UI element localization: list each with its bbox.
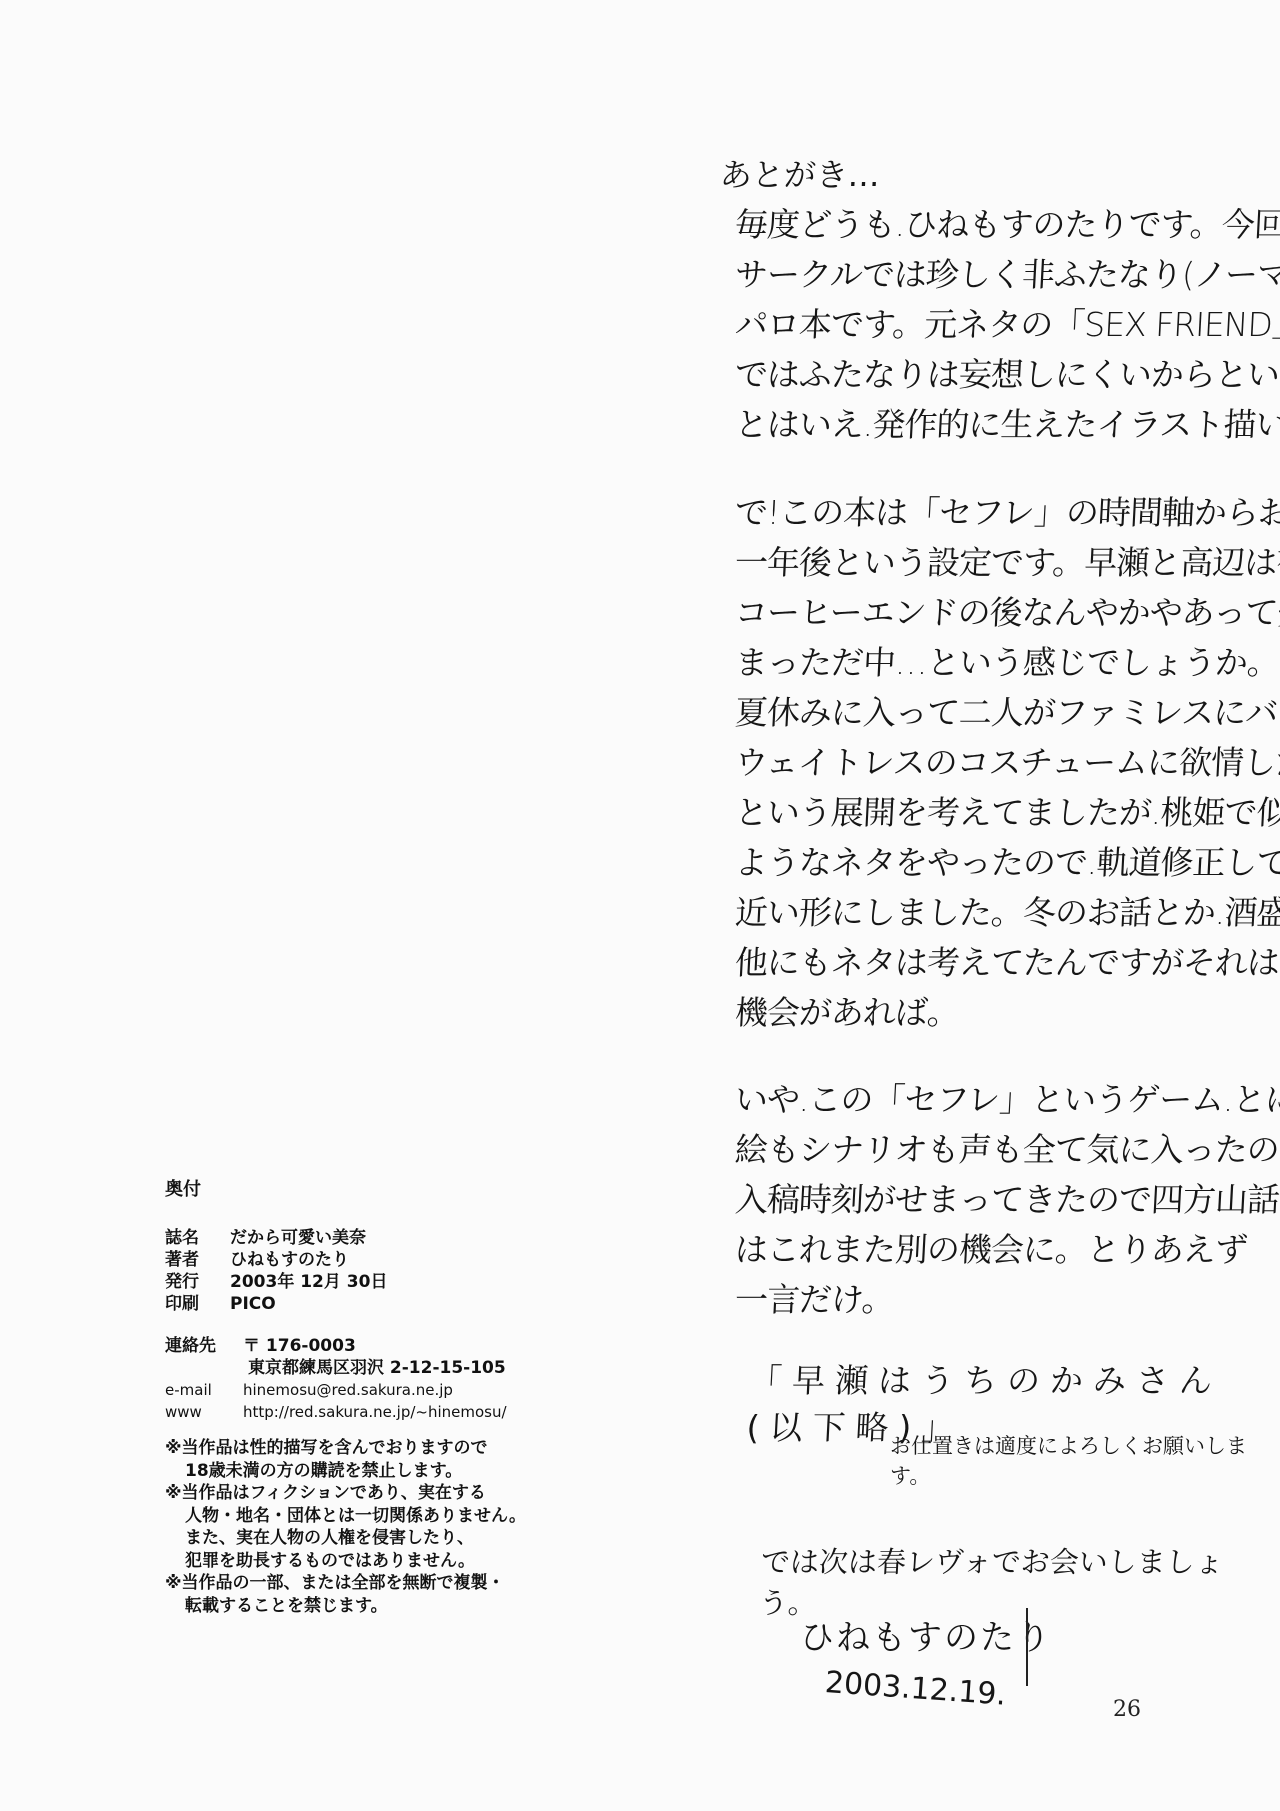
- text-line: ではふたなりは妄想しにくいからという理由です。: [734, 350, 1280, 400]
- note-line: 転載することを禁じます。: [165, 1595, 526, 1618]
- afterword-paragraph-2: で!この本は「セフレ」の時間軸からおよそ 一年後という設定です。早瀬と高辺は夜明…: [735, 488, 1280, 1038]
- afterword-paragraph-3: いや.この「セフレ」というゲーム.とにかく 絵もシナリオも声も全て気に入ったので…: [735, 1075, 1280, 1325]
- page-number: 26: [1113, 1697, 1141, 1722]
- colophon-row-printer: 印刷 PICO: [165, 1293, 526, 1315]
- text-line: パロ本です。元ネタの「SEX FRIEND」の世界観: [734, 300, 1280, 350]
- row-value: ひねもすのたり: [230, 1249, 349, 1271]
- text-line: まっただ中…という感じでしょうか。当初は: [734, 638, 1280, 688]
- note-line: 18歳未満の方の購読を禁止します。: [165, 1460, 526, 1483]
- email-address: hinemosu@red.sakura.ne.jp: [243, 1379, 453, 1401]
- afterword-quote-sub: お仕置きは適度によろしくお願いします。: [890, 1430, 1280, 1490]
- text-line: という展開を考えてましたが.桃姫で似た: [734, 788, 1280, 838]
- email-row: e-mail hinemosu@red.sakura.ne.jp: [165, 1379, 526, 1401]
- note-line: ※当作品は性的描写を含んでおりますので: [165, 1437, 526, 1460]
- text-line: 絵もシナリオも声も全て気に入ったのですが: [734, 1125, 1280, 1175]
- address: 東京都練馬区羽沢 2-12-15-105: [165, 1357, 526, 1379]
- website-label: www: [165, 1401, 243, 1423]
- note-line: また、実在人物の人権を侵害したり、: [165, 1527, 526, 1550]
- colophon: 奥付 誌名 だから可愛い美奈 著者 ひねもすのたり 発行 2003年 12月 3…: [165, 1175, 526, 1617]
- text-line: 夏休みに入って二人がファミレスにバイトに行って: [734, 688, 1280, 738]
- contact-postal-row: 連絡先 〒 176-0003: [165, 1335, 526, 1357]
- colophon-row-title: 誌名 だから可愛い美奈: [165, 1227, 526, 1249]
- text-line: で!この本は「セフレ」の時間軸からおよそ: [734, 488, 1280, 538]
- text-line: 機会があれば。: [734, 988, 1280, 1038]
- email-label: e-mail: [165, 1379, 243, 1401]
- note-line: 人物・地名・団体とは一切関係ありません。: [165, 1505, 526, 1528]
- row-label: 著者: [165, 1249, 230, 1271]
- text-line: 他にもネタは考えてたんですがそれはまた別の: [734, 938, 1280, 988]
- signature-stroke: [1026, 1608, 1028, 1686]
- postal-code: 〒 176-0003: [243, 1335, 356, 1357]
- row-value: 2003年 12月 30日: [230, 1271, 387, 1293]
- row-value: PICO: [230, 1293, 276, 1315]
- contact-block: 連絡先 〒 176-0003 東京都練馬区羽沢 2-12-15-105 e-ma…: [165, 1335, 526, 1423]
- legal-notes: ※当作品は性的描写を含んでおりますので 18歳未満の方の購読を禁止します。 ※当…: [165, 1437, 526, 1617]
- colophon-row-published: 発行 2003年 12月 30日: [165, 1271, 526, 1293]
- text-line: 一年後という設定です。早瀬と高辺は夜明けの: [734, 538, 1280, 588]
- text-line: 毎度どうも.ひねもすのたりです。今回は当: [734, 200, 1280, 250]
- text-line: サークルでは珍しく非ふたなり(ノーマルともいう): [734, 250, 1280, 300]
- text-line: 入稿時刻がせまってきたので四方山話: [734, 1175, 1280, 1225]
- row-label: 発行: [165, 1271, 230, 1293]
- note-line: ※当作品の一部、または全部を無断で複製・: [165, 1572, 526, 1595]
- text-line: とはいえ.発作的に生えたイラスト描いてますが。: [734, 400, 1280, 450]
- row-label: 印刷: [165, 1293, 230, 1315]
- text-line: ようなネタをやったので.軌道修正して元ネタに: [734, 838, 1280, 888]
- colophon-row-author: 著者 ひねもすのたり: [165, 1249, 526, 1271]
- website-url: http://red.sakura.ne.jp/~hinemosu/: [243, 1401, 507, 1423]
- note-line: ※当作品はフィクションであり、実在する: [165, 1482, 526, 1505]
- afterword-title: あとがき…: [719, 150, 881, 196]
- book-page: あとがき… 毎度どうも.ひねもすのたりです。今回は当 サークルでは珍しく非ふたな…: [0, 0, 1280, 1811]
- afterword-paragraph-1: 毎度どうも.ひねもすのたりです。今回は当 サークルでは珍しく非ふたなり(ノーマル…: [735, 200, 1280, 450]
- contact-label: 連絡先: [165, 1335, 243, 1357]
- row-value: だから可愛い美奈: [230, 1227, 366, 1249]
- text-line: いや.この「セフレ」というゲーム.とにかく: [734, 1075, 1280, 1125]
- text-line: コーヒーエンドの後なんやかやあって受験戦争: [734, 588, 1280, 638]
- author-signature: ひねもすのたり: [800, 1610, 1052, 1659]
- text-line: はこれまた別の機会に。とりあえず: [734, 1225, 1280, 1275]
- website-row: www http://red.sakura.ne.jp/~hinemosu/: [165, 1401, 526, 1423]
- row-label: 誌名: [165, 1227, 230, 1249]
- signature-date: 2003.12.19.: [824, 1665, 1007, 1713]
- text-line: 近い形にしました。冬のお話とか.酒盛りとか: [734, 888, 1280, 938]
- text-line: ウェイトレスのコスチュームに欲情した高辺が…: [734, 738, 1280, 788]
- colophon-heading: 奥付: [165, 1175, 526, 1201]
- note-line: 犯罪を助長するものではありません。: [165, 1550, 526, 1573]
- text-line: 一言だけ。: [734, 1275, 1280, 1325]
